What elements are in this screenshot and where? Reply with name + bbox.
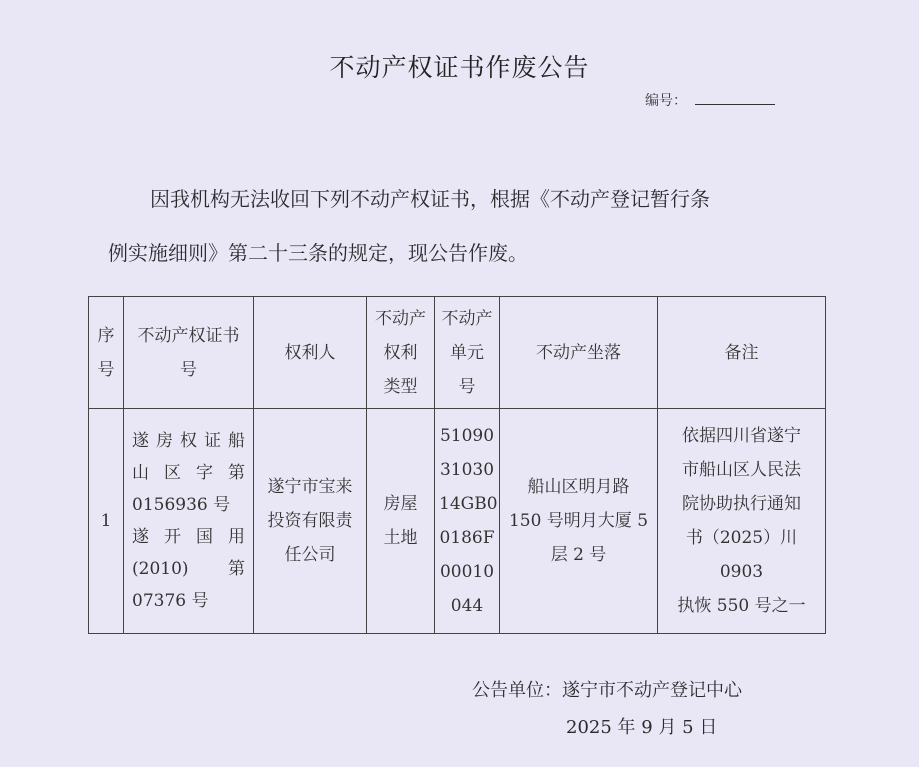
issuing-organization: 公告单位：遂宁市不动产登记中心 [472, 676, 742, 702]
intro-line-2: 例实施细则》第二十三条的规定，现公告作废。 [108, 226, 828, 280]
table-row: 1 遂房权证船 山区字第 0156936 号 遂开国用 (2010) 第 073… [89, 409, 826, 634]
intro-paragraph: 因我机构无法收回下列不动产权证书，根据《不动产登记暂行条 例实施细则》第二十三条… [108, 172, 828, 280]
table-header-row: 序 号 不动产权证书 号 权利人 不动产 权利 类型 不动产 单元 号 不动产坐… [89, 297, 826, 409]
cell-seq: 1 [89, 409, 124, 634]
intro-line-1: 因我机构无法收回下列不动产权证书，根据《不动产登记暂行条 [108, 172, 828, 226]
cell-location: 船山区明月路 150 号明月大厦 5 层 2 号 [500, 409, 658, 634]
cell-remarks: 依据四川省遂宁 市船山区人民法 院协助执行通知 书（2025）川 0903 执恢… [658, 409, 826, 634]
serial-label: 编号： [645, 90, 687, 110]
cell-right-type: 房屋 土地 [367, 409, 435, 634]
serial-number: 编号： [645, 90, 775, 110]
cell-holder: 遂宁市宝来 投资有限责 任公司 [254, 409, 367, 634]
serial-blank [695, 90, 775, 105]
header-right-type: 不动产 权利 类型 [367, 297, 435, 409]
issue-date: 2025 年 9 月 5 日 [566, 713, 717, 739]
header-remarks: 备注 [658, 297, 826, 409]
document-title: 不动产权证书作废公告 [0, 48, 919, 84]
header-unit-no: 不动产 单元 号 [435, 297, 500, 409]
cell-unit-no: 51090 31030 14GB0 0186F 00010 044 [435, 409, 500, 634]
header-holder: 权利人 [254, 297, 367, 409]
header-cert-no: 不动产权证书 号 [124, 297, 254, 409]
header-location: 不动产坐落 [500, 297, 658, 409]
voided-certificates-table: 序 号 不动产权证书 号 权利人 不动产 权利 类型 不动产 单元 号 不动产坐… [88, 296, 826, 634]
header-seq: 序 号 [89, 297, 124, 409]
cell-cert-no: 遂房权证船 山区字第 0156936 号 遂开国用 (2010) 第 07376… [124, 409, 254, 634]
